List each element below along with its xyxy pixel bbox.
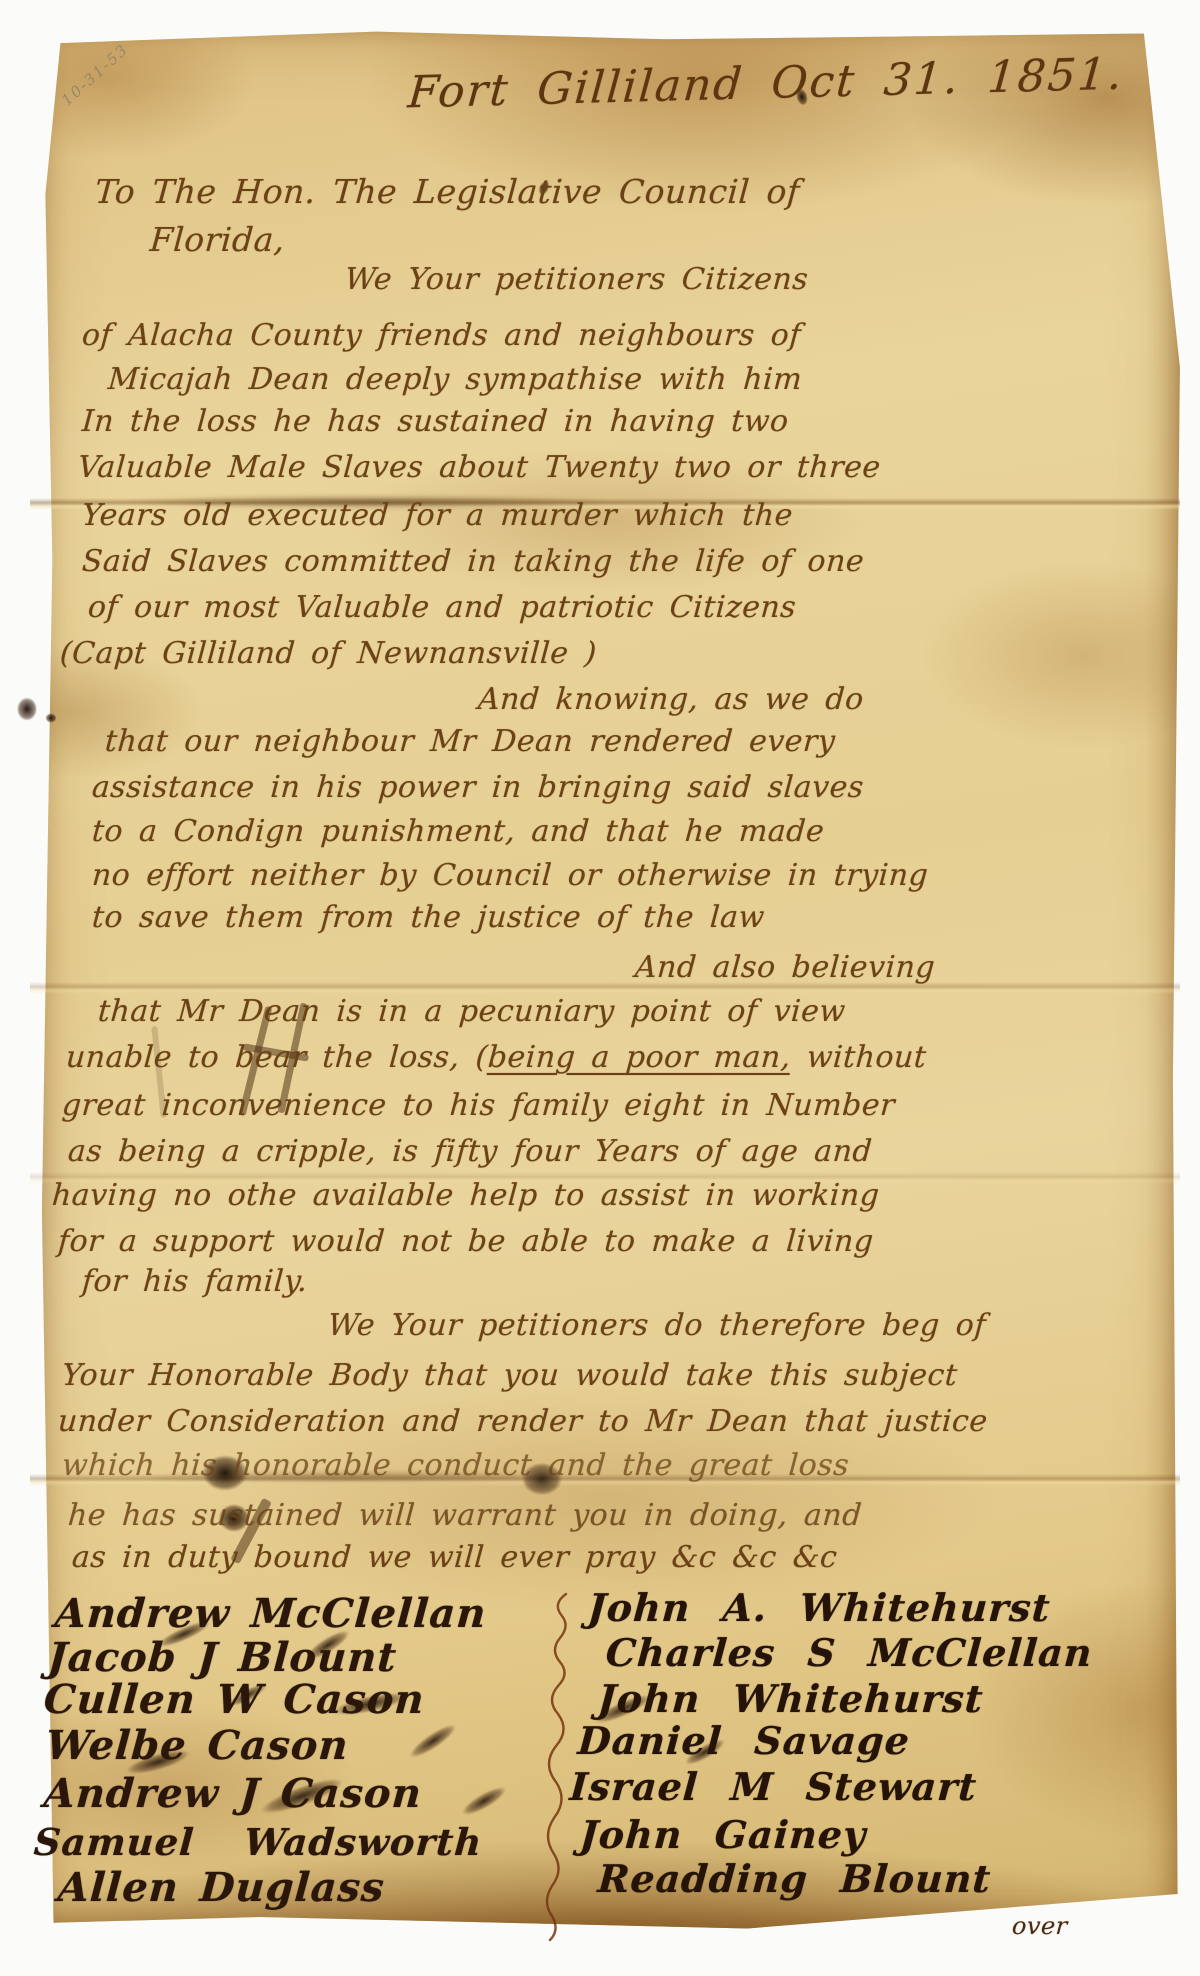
text-line: of our most Valuable and patriotic Citiz… [87,590,798,625]
text-line: Your Honorable Body that you would take … [61,1358,959,1393]
text-fragment: without [790,1040,928,1075]
text-line: he has sustained will warrant you in doi… [67,1498,863,1533]
signature: Charles S McClellan [604,1630,1094,1675]
text-line: We Your petitioners Citizens [344,262,810,297]
text-line: of Alacha County friends and neighbours … [81,318,802,353]
text-line: (Capt Gilliland of Newnansville ) [59,636,598,671]
over-note: over [1011,1912,1069,1940]
document-scan: 10-31-53 Fort Gilliland Oct 31. 1851. To… [0,0,1200,1976]
text-line: assistance in his power in bringing said… [91,770,865,805]
text-line: that our neighbour Mr Dean rendered ever… [104,724,837,759]
salutation-line: To The Hon. The Legislative Council of [94,172,802,211]
text-line: having no othe available help to assist … [51,1178,881,1213]
text-line: And also believing [634,950,937,985]
signature: Samuel Wadsworth [32,1820,483,1864]
text-line: Said Slaves committed in taking the life… [81,544,866,579]
signature: John Gainey [578,1812,867,1857]
signature: Allen Duglass [56,1864,386,1911]
signature: Andrew McClellan [53,1590,488,1637]
signature: Readding Blount [596,1856,992,1901]
signature: Daniel Savage [576,1718,911,1763]
signature: Andrew J Cason [42,1770,423,1817]
text-line: for a support would not be able to make … [57,1224,875,1259]
ink-blot [14,694,40,724]
underlined-phrase: being a poor man, [487,1040,792,1075]
salutation-line: Florida, [149,220,287,259]
text-line: no effort neither by Council or otherwis… [91,858,930,893]
text-line: to a Condign punishment, and that he mad… [91,814,826,849]
signature: John A. Whitehurst [586,1585,1052,1630]
text-line: to save them from the justice of the law [91,900,766,935]
signature: Jacob J Blount [46,1634,398,1681]
text-line: as being a cripple, is fifty four Years … [67,1134,874,1169]
text-fragment: unable to bear the loss, ( [65,1040,489,1075]
text-line: as in duty bound we will ever pray &c &c… [71,1540,839,1575]
text-line: unable to bear the loss, (being a poor m… [65,1040,928,1075]
signature: Welbe Cason [44,1722,350,1769]
text-line: In the loss he has sustained in having t… [81,404,790,439]
text-line: under Consideration and render to Mr Dea… [57,1404,989,1439]
text-line: Valuable Male Slaves about Twenty two or… [77,450,882,485]
text-line: Micajah Dean deeply sympathise with him [107,362,804,397]
text-line: Years old executed for a murder which th… [81,498,794,533]
text-line: that Mr Dean is in a pecuniary point of … [97,994,847,1029]
signature: Cullen W Cason [42,1676,426,1723]
text-line: We Your petitioners do therefore beg of [327,1308,987,1343]
text-line: for his family. [81,1264,309,1299]
text-line: great inconvenience to his family eight … [61,1088,896,1123]
text-line: which his honorable conduct and the grea… [61,1448,851,1483]
signature: John Whitehurst [596,1676,985,1721]
signature: Israel M Stewart [568,1764,978,1809]
text-line: And knowing, as we do [477,682,865,717]
